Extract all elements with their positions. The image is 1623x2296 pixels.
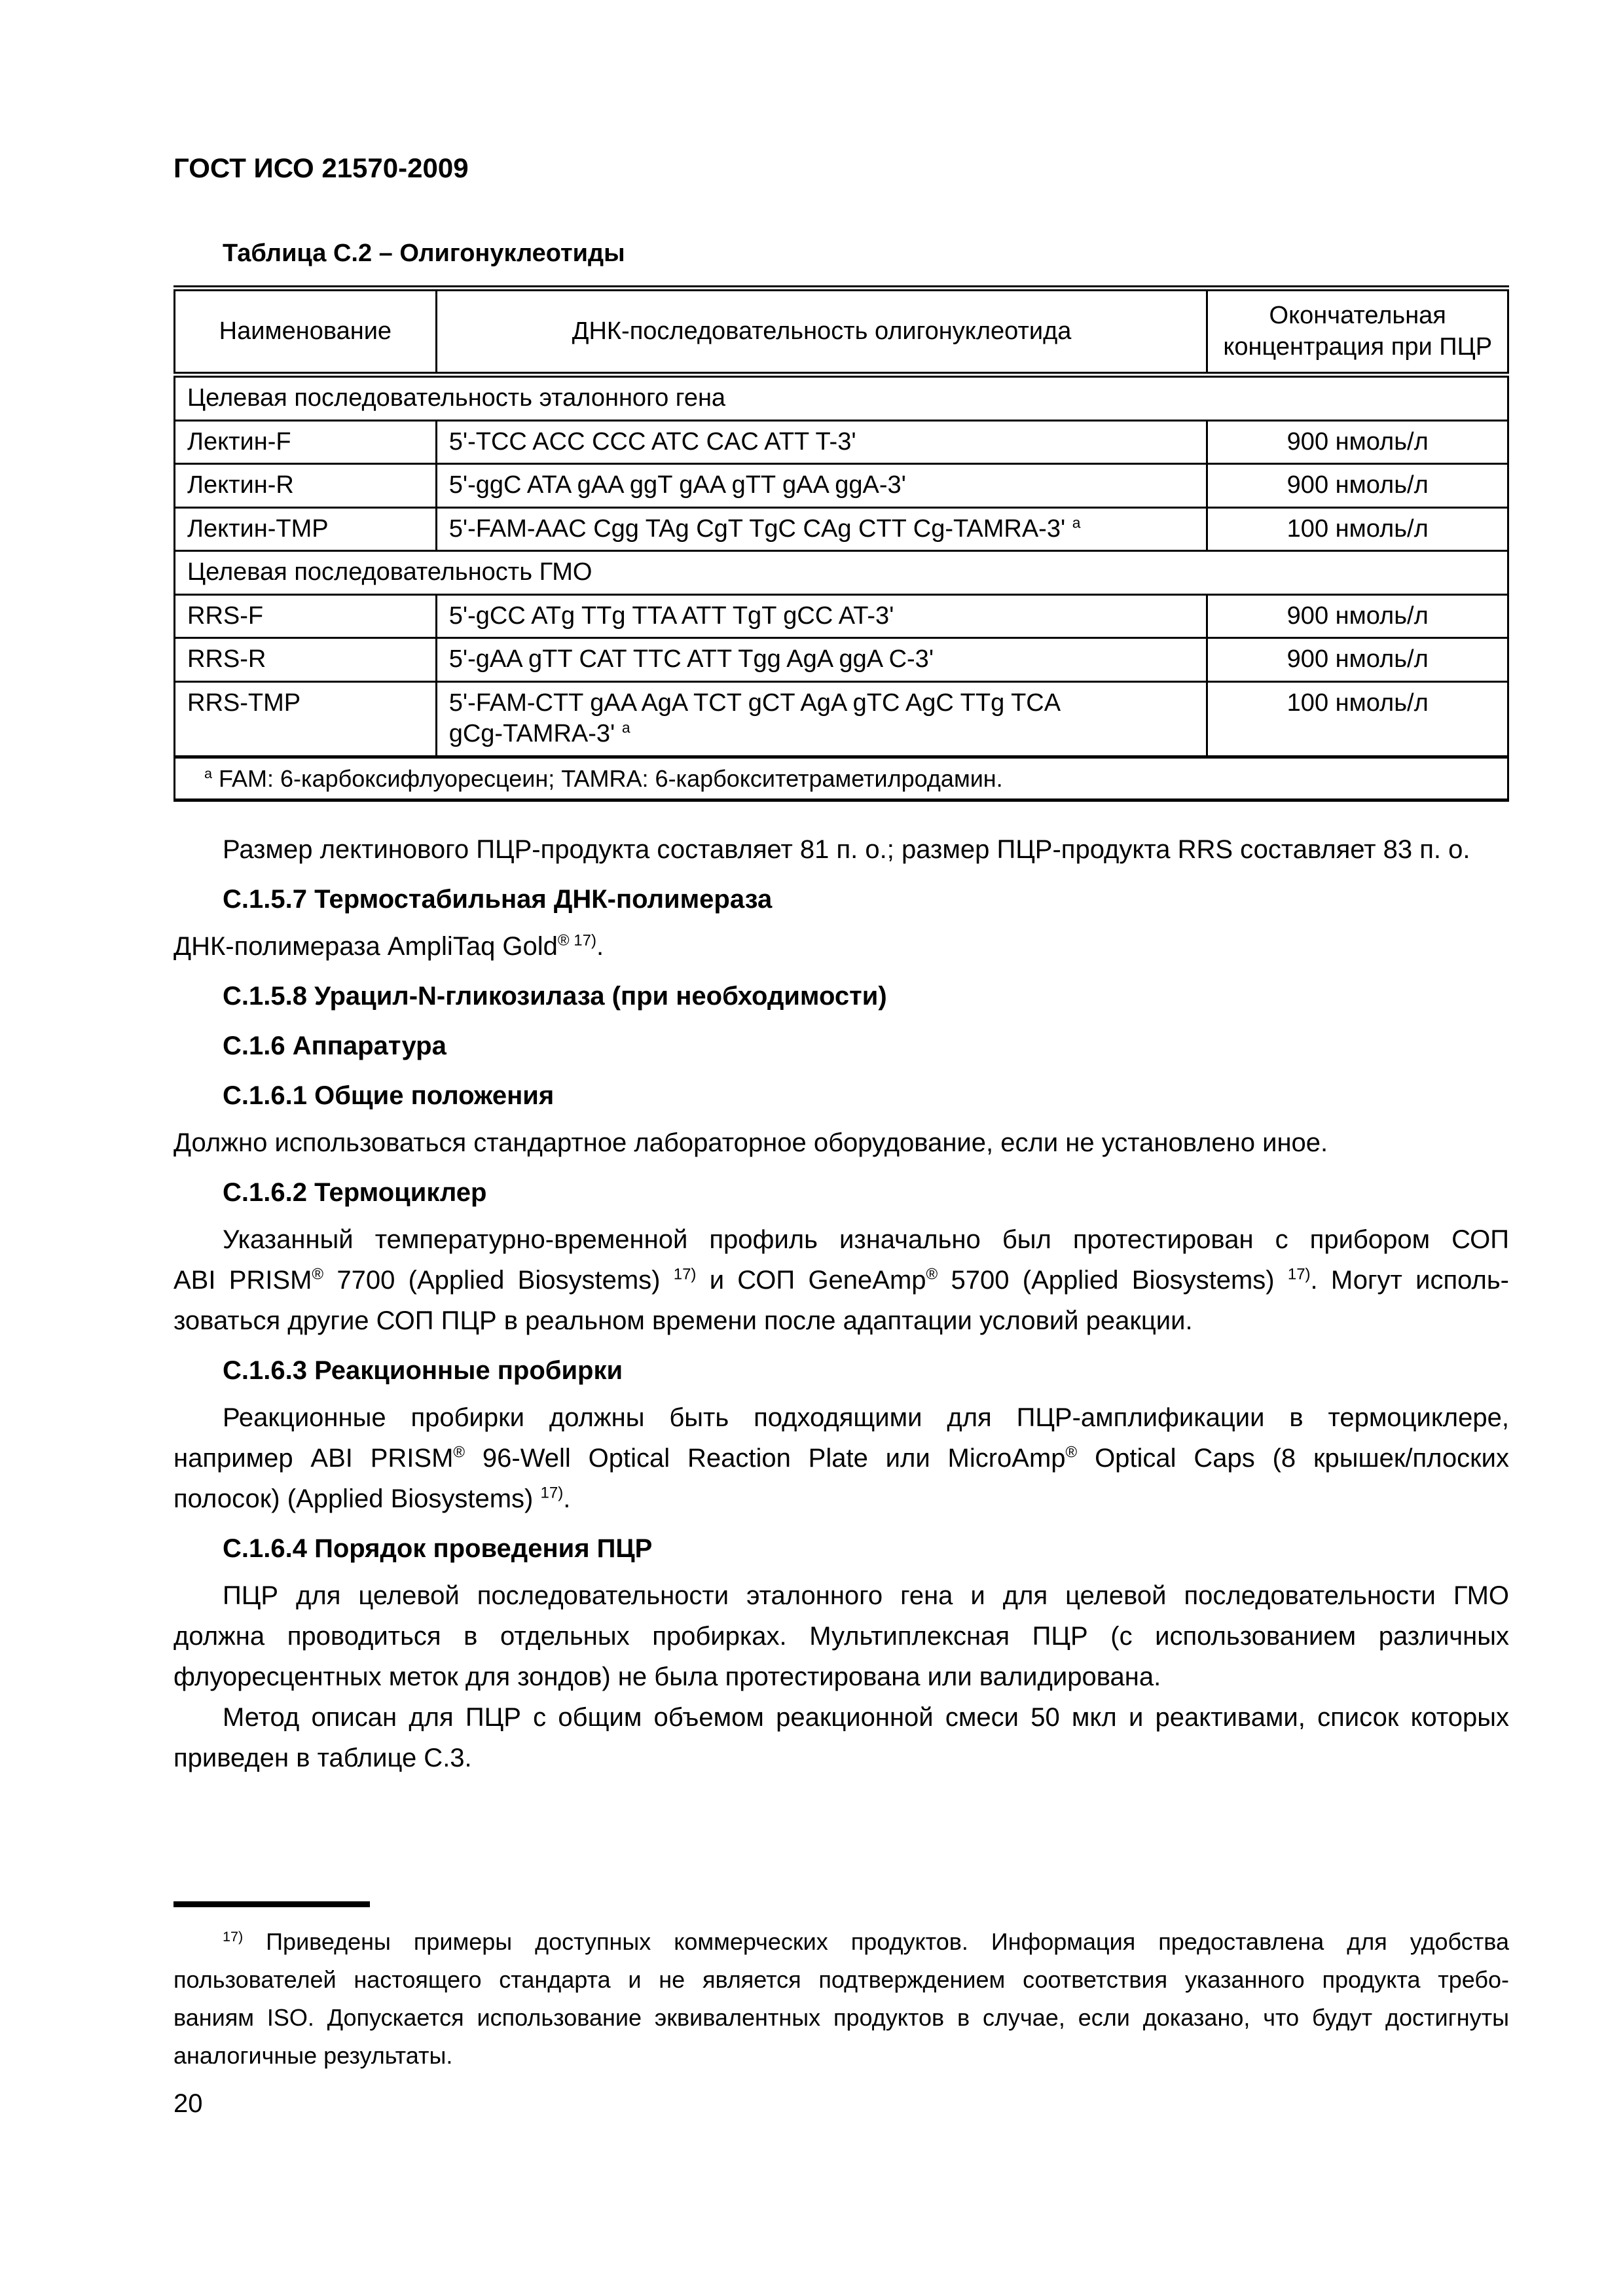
paragraph-pcr-line2: должна проводиться в отдельных пробирках… [173, 1616, 1509, 1657]
oligo-name: Лектин-TMP [175, 507, 437, 551]
heading-c161: С.1.6.1 Общие положения [173, 1075, 1509, 1116]
oligo-concentration: 100 нмоль/л [1207, 507, 1508, 551]
footnote-marker: а [204, 765, 212, 781]
table-footnote: а FAM: 6-карбоксифлуоресцеин; TAMRA: 6-к… [175, 757, 1508, 800]
footnote-line1: 17) Приведены примеры доступных коммерче… [173, 1923, 1509, 1961]
heading-c164: С.1.6.4 Порядок проведения ПЦР [173, 1528, 1509, 1569]
paragraph-tubes-line1: Реакционные пробирки должны быть подходя… [173, 1397, 1509, 1438]
oligo-concentration: 900 нмоль/л [1207, 420, 1508, 464]
column-header-name: Наименование [175, 289, 437, 375]
oligo-name: RRS-F [175, 594, 437, 638]
registered-marker: ® [453, 1443, 465, 1461]
registered-marker: ® [312, 1265, 323, 1283]
table-row-lectin-r: Лектин-R 5'-ggC ATA gAA ggT gAA gTT gAA … [175, 464, 1508, 508]
oligo-concentration: 900 нмоль/л [1207, 638, 1508, 682]
body-text: Размер лектинового ПЦР-продукта составля… [173, 829, 1509, 1778]
footnote-block: 17) Приведены примеры доступных коммерче… [173, 1901, 1509, 2075]
table-row-rrs-f: RRS-F 5'-gCC ATg TTg TTA ATT TgT gCC AT-… [175, 594, 1508, 638]
registered-footnote-marker: ® 17) [558, 931, 596, 949]
footnote-marker: а [622, 719, 630, 736]
paragraph-method-line2: приведен в таблице С.3. [173, 1738, 1509, 1778]
paragraph-tubes-line3: полосок) (Applied Biosystems) 17). [173, 1479, 1509, 1519]
footnote-ref-17: 17) [1288, 1265, 1311, 1283]
paragraph-tubes-line2: например ABI PRISM® 96-Well Optical Reac… [173, 1438, 1509, 1479]
paragraph-pcr-line1: ПЦР для целевой последовательности этало… [173, 1575, 1509, 1616]
section-row-reference-gene: Целевая последовательность эталонного ге… [175, 375, 1508, 421]
column-header-concentration: Окончательная концентрация при ПЦР [1207, 289, 1508, 375]
table-caption: Таблица С.2 – Олигонуклеотиды [173, 238, 1509, 268]
footnote-ref-17: 17) [541, 1484, 564, 1501]
table-row-rrs-r: RRS-R 5'-gAA gTT CAT TTC ATT Tgg AgA ggA… [175, 638, 1508, 682]
oligo-concentration: 900 нмоль/л [1207, 594, 1508, 638]
section-title: Целевая последовательность эталонного ге… [175, 375, 1508, 421]
footnote-marker: а [1072, 514, 1081, 531]
paragraph-polymerase: ДНК-полимераза AmpliTaq Gold® 17). [173, 926, 1509, 967]
page-content: ГОСТ ИСО 21570-2009 Таблица С.2 – Олигон… [173, 152, 1509, 1778]
table-row-rrs-tmp: RRS-TMP 5'-FAM-CTT gAA AgA TCT gCT AgA g… [175, 681, 1508, 757]
footnote-divider [173, 1901, 370, 1907]
oligo-sequence: 5'-FAM-AAC Cgg TAg CgT TgC CAg CTT Cg-TA… [436, 507, 1207, 551]
document-page: ГОСТ ИСО 21570-2009 Таблица С.2 – Олигон… [0, 0, 1623, 2296]
footnote-number-17: 17) [223, 1928, 243, 1945]
oligo-sequence: 5'-ggC ATA gAA ggT gAA gTT gAA ggA-3' [436, 464, 1207, 508]
oligonucleotide-table: Наименование ДНК-последовательность олиг… [173, 285, 1509, 802]
page-number: 20 [173, 2089, 203, 2119]
paragraph-pcr-line3: флуоресцентных меток для зондов) не была… [173, 1657, 1509, 1697]
footnote-line4: аналогичные результаты. [173, 2037, 1509, 2075]
column-header-sequence: ДНК-последовательность олигонуклеотида [436, 289, 1207, 375]
heading-c157: С.1.5.7 Термостабильная ДНК-полимераза [173, 879, 1509, 920]
paragraph-equipment: Должно использоваться стандартное лабора… [173, 1122, 1509, 1163]
footnote-line2: пользователей настоящего стандарта и не … [173, 1961, 1509, 1999]
oligo-sequence: 5'-TCC ACC CCC ATC CAC ATT T-3' [436, 420, 1207, 464]
paragraph-thermocycler-line1: Указанный температурно-временной профиль… [173, 1219, 1509, 1260]
oligo-sequence: 5'-FAM-CTT gAA AgA TCT gCT AgA gTC AgC T… [436, 681, 1207, 757]
oligo-concentration: 900 нмоль/л [1207, 464, 1508, 508]
footnote-line3: ваниям ISO. Допускается использование эк… [173, 1999, 1509, 2037]
document-header: ГОСТ ИСО 21570-2009 [173, 152, 1509, 185]
registered-marker: ® [926, 1265, 938, 1283]
heading-c163: С.1.6.3 Реакционные пробирки [173, 1350, 1509, 1391]
paragraph-thermocycler-line3: зоваться другие СОП ПЦР в реальном време… [173, 1300, 1509, 1341]
section-title: Целевая последовательность ГМО [175, 551, 1508, 595]
oligo-name: RRS-R [175, 638, 437, 682]
oligo-name: Лектин-R [175, 464, 437, 508]
oligo-concentration: 100 нмоль/л [1207, 681, 1508, 757]
table-row-lectin-f: Лектин-F 5'-TCC ACC CCC ATC CAC ATT T-3'… [175, 420, 1508, 464]
heading-c158: С.1.5.8 Урацил-N-гликозилаза (при необхо… [173, 976, 1509, 1016]
paragraph-thermocycler-line2: ABI PRISM® 7700 (Applied Biosystems) 17)… [173, 1260, 1509, 1300]
table-footnote-row: а FAM: 6-карбоксифлуоресцеин; TAMRA: 6-к… [175, 757, 1508, 800]
paragraph-product-size: Размер лектинового ПЦР-продукта составля… [173, 829, 1509, 870]
table-row-lectin-tmp: Лектин-TMP 5'-FAM-AAC Cgg TAg CgT TgC CA… [175, 507, 1508, 551]
registered-marker: ® [1066, 1443, 1078, 1461]
heading-c16: С.1.6 Аппаратура [173, 1026, 1509, 1066]
oligo-name: RRS-TMP [175, 681, 437, 757]
table-header-row: Наименование ДНК-последовательность олиг… [175, 289, 1508, 375]
oligo-sequence: 5'-gAA gTT CAT TTC ATT Tgg AgA ggA C-3' [436, 638, 1207, 682]
section-row-gmo: Целевая последовательность ГМО [175, 551, 1508, 595]
oligo-name: Лектин-F [175, 420, 437, 464]
paragraph-method-line1: Метод описан для ПЦР с общим объемом реа… [173, 1697, 1509, 1738]
heading-c162: С.1.6.2 Термоциклер [173, 1172, 1509, 1213]
footnote-ref-17: 17) [674, 1265, 697, 1283]
oligo-sequence: 5'-gCC ATg TTg TTA ATT TgT gCC AT-3' [436, 594, 1207, 638]
